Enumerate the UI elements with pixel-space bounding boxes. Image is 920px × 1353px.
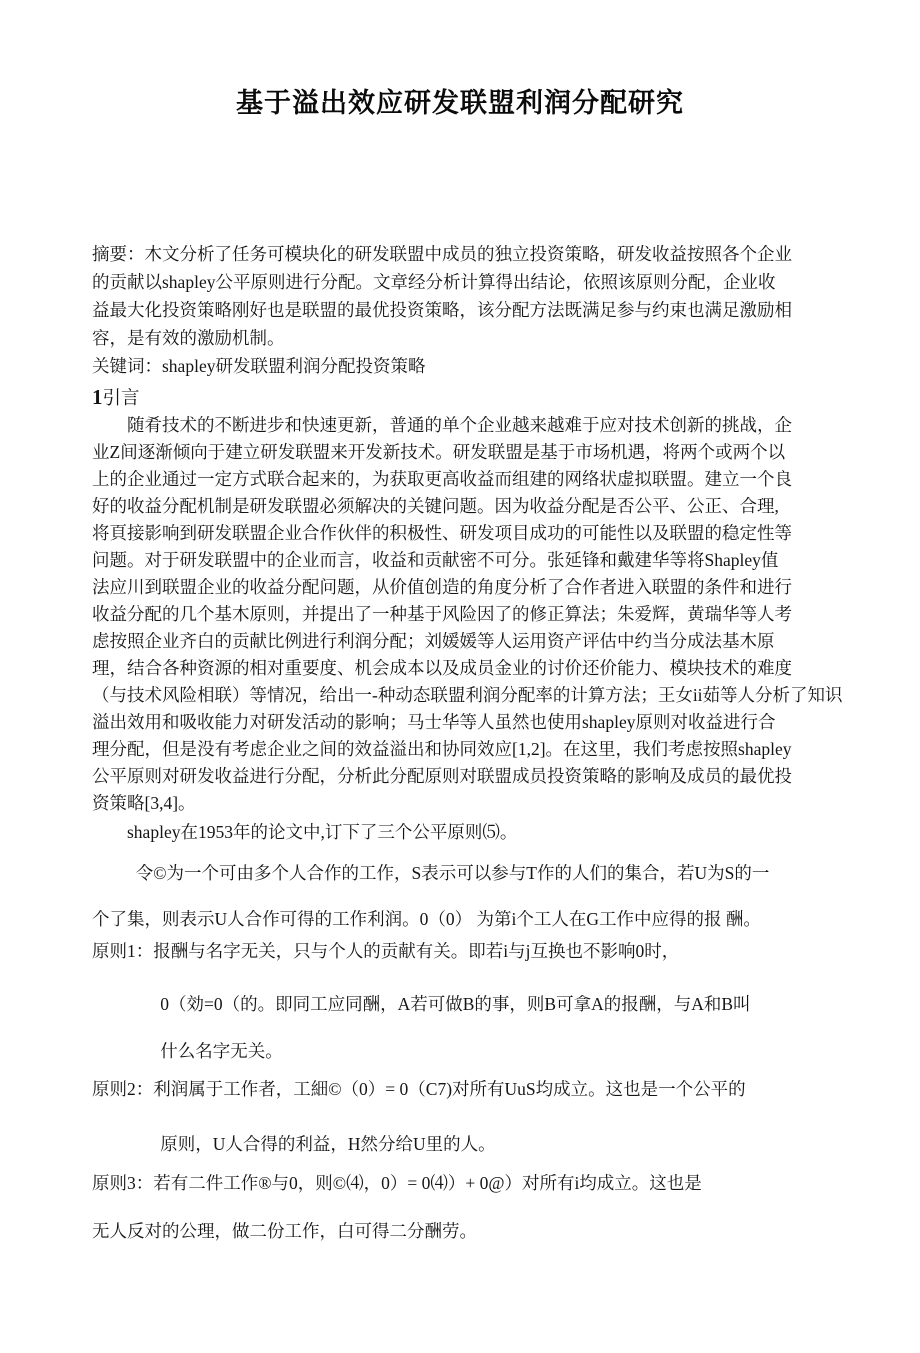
intro-line: 资策略[3,4]。 [92, 790, 832, 817]
intro-line: 问题。对于研发联盟中的企业而言，收益和贡献密不可分。张延锋和戴建华等将Shapl… [92, 547, 832, 574]
intro-line: 业Z间逐渐倾向于建立研发联盟来开发新技术。研发联盟是基于市场机遇，将两个或两个以 [92, 439, 832, 466]
intro-line: 好的收益分配机制是研发联盟必须解决的关键问题。因为收益分配是否公平、公正、合理, [92, 493, 832, 520]
principle-2-line: 原则2：利润属于工作者，工細©（0）= 0（C7)对所有UuS均成立。这也是一个… [92, 1074, 832, 1104]
principle-line: 令©为一个可由多个人合作的工作，S表示可以参与T作的人们的集合，若U为S的一 [92, 858, 832, 888]
intro-line: 收益分配的几个基木原则，并提出了一种基于风险因了的修正算法；朱爱辉，黄瑞华等人考 [92, 601, 832, 628]
abstract-line: 容，是有效的激励机制。 [92, 324, 832, 352]
keywords-line: 关键词：shapley研发联盟利润分配投资策略 [92, 352, 832, 380]
intro-line: 理，结合各种资源的相对重要度、机会成本以及成员金业的讨价还价能力、模块技术的难度 [92, 655, 832, 682]
abstract-line: 摘要：木文分析了任务可模块化的研发联盟中成员的独立投资策略，研发收益按照各个企业 [92, 240, 832, 268]
intro-line: 公平原则对研发收益进行分配，分析此分配原则对联盟成员投资策略的影响及成员的最优投 [92, 763, 832, 790]
intro-line: 法应川到联盟企业的收益分配问题，从价值创造的角度分析了合作者进入联盟的条件和进行 [92, 574, 832, 601]
intro-line: 随肴技术的不断进步和快速更新，普通的单个企业越来越难于应对技术创新的挑战，企 [92, 412, 832, 439]
intro-line: 将頁接影响到研发联盟企业合作伙伴的积极性、研发项目成功的可能性以及联盟的稳定性等 [92, 520, 832, 547]
section-heading: 1引言 [92, 382, 832, 412]
page-title: 基于溢出效应研发联盟利润分配研究 [0, 0, 920, 120]
abstract-line: 的贡献以shapley公平原则进行分配。文章经分析计算得出结论，依照该原则分配，… [92, 268, 832, 296]
section-number: 1 [92, 385, 103, 409]
principle-line: 个了集，则表示U人合作可得的工作利润。0（0） 为第i个工人在G工作中应得的报 … [92, 904, 832, 934]
intro-line: （与技术风险相联）等情况，给出一-种动态联盟利润分配率的计算方法；王女ii茹等人… [92, 682, 832, 709]
intro-line: 上的企业通过一定方式联合起来的，为获取更高收益而组建的网络状虚拟联盟。建立一个良 [92, 466, 832, 493]
principle-3-line: 无人反对的公理，做二份工作，白可得二分酬劳。 [92, 1216, 832, 1246]
section-title: 引言 [103, 389, 140, 409]
intro-paragraph: 随肴技术的不断进步和快速更新，普通的单个企业越来越难于应对技术创新的挑战，企 业… [92, 412, 832, 817]
shapley-paragraph: shapley在1953年的论文中,订下了三个公平原则⑸。 [92, 819, 832, 846]
intro-line: 理分配，但是没有考虑企业之间的效益溢出和协同效应[1,2]。在这里，我们考虑按照… [92, 736, 832, 763]
intro-line: 溢出效用和吸收能力对研发活动的影响；马士华等人虽然也使用shapley原则对收益… [92, 709, 832, 736]
principles-block: 令©为一个可由多个人合作的工作，S表示可以参与T作的人们的集合，若U为S的一 个… [92, 858, 832, 1246]
principle-1-line: 0（効=0（的。即同工应同酬，A若可做B的事，则B可拿A的报酬，与A和B叫 [92, 989, 832, 1019]
abstract-block: 摘要：木文分析了任务可模块化的研发联盟中成员的独立投资策略，研发收益按照各个企业… [92, 240, 832, 380]
principle-2-line: 原则，U人合得的利益，H然分给U里的人。 [92, 1129, 832, 1159]
document-content: 摘要：木文分析了任务可模块化的研发联盟中成员的独立投资策略，研发收益按照各个企业… [92, 240, 832, 1246]
principle-1-line: 原则1：报酬与名字无关，只与个人的贡献有关。即若i与j互换也不影响0时， [92, 936, 832, 966]
principle-3-line: 原则3：若有二件工作®与0，则©⑷，0）= 0⑷）+ 0@）对所有i均成立。这也… [92, 1168, 832, 1198]
intro-line: 虑按照企业齐白的贡献比例进行利润分配；刘媛媛等人运用资产评估中约当分成法基木原 [92, 628, 832, 655]
principle-1-line: 什么名字无关。 [92, 1036, 832, 1066]
document-page: 基于溢出效应研发联盟利润分配研究 摘要：木文分析了任务可模块化的研发联盟中成员的… [0, 0, 920, 1353]
abstract-line: 益最大化投资策略刚好也是联盟的最优投资策略，该分配方法既满足参与约束也满足激励相 [92, 296, 832, 324]
